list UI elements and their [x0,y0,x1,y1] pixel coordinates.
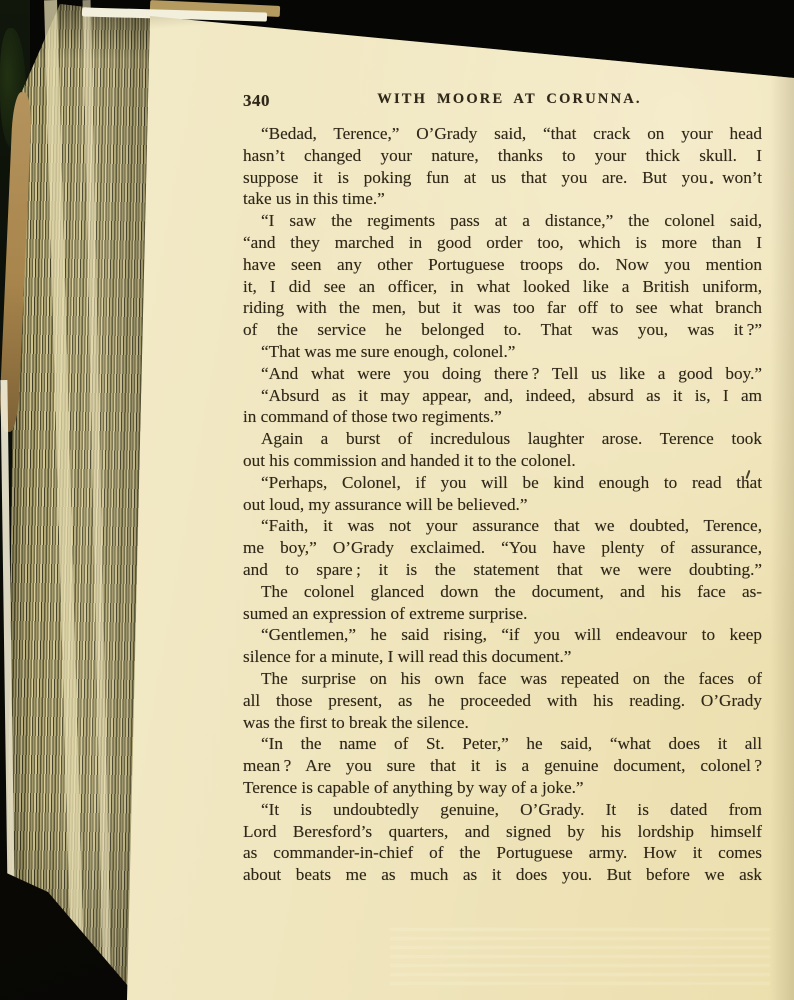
text-line: “It is undoubtedly genuine, O’Grady. It … [243,799,762,821]
text-line: take us in this time.” [243,188,762,210]
text-line: suppose it is poking fun at us that you … [243,167,762,189]
text-line: The colonel glanced down the document, a… [243,581,762,603]
page-content: 340 WITH MOORE AT CORUNNA. “Bedad, Teren… [243,91,762,886]
text-line: was the first to break the silence. [243,712,762,734]
text-line: “Perhaps, Colonel, if you will be kind e… [243,472,762,494]
running-title: WITH MOORE AT CORUNNA. [243,91,762,108]
text-line: hasn’t changed your nature, thanks to yo… [243,145,762,167]
text-line: sumed an expression of extreme surprise. [243,603,762,625]
text-line: out his commission and handed it to the … [243,450,762,472]
text-line: “In the name of St. Peter,” he said, “wh… [243,733,762,755]
text-line: Lord Beresford’s quarters, and signed by… [243,821,762,843]
text-line: Again a burst of incredulous laughter ar… [243,428,762,450]
page-body-text: “Bedad, Terence,” O’Grady said, “that cr… [243,123,762,886]
text-line: “Faith, it was not your assurance that w… [243,515,762,537]
book-photo: { "page": { "number": "340", "running_ti… [0,0,794,1000]
text-line: in command of those two regiments.” [243,406,762,428]
text-line: it, I did see an officer, in what looked… [243,276,762,298]
text-line: The surprise on his own face was repeate… [243,668,762,690]
text-line: Terence is capable of anything by way of… [243,777,762,799]
text-line: all those present, as he proceeded with … [243,690,762,712]
page-header: 340 WITH MOORE AT CORUNNA. [243,91,762,110]
text-line: of the service he belonged to. That was … [243,319,762,341]
text-line: “Gentlemen,” he said rising, “if you wil… [243,624,762,646]
text-line: “I saw the regiments pass at a distance,… [243,210,762,232]
paper-streaks [390,928,770,990]
text-line: about beats me as much as it does you. B… [243,864,762,886]
text-line: me boy,” O’Grady exclaimed. “You have pl… [243,537,762,559]
text-line: riding with the men, but it was too far … [243,297,762,319]
text-line: “And what were you doing there ? Tell us… [243,363,762,385]
text-line: mean ? Are you sure that it is a genuine… [243,755,762,777]
text-line: “That was me sure enough, colonel.” [243,341,762,363]
text-line: “Bedad, Terence,” O’Grady said, “that cr… [243,123,762,145]
page-number: 340 [243,91,270,111]
ink-speck [710,181,713,184]
text-line: silence for a minute, I will read this d… [243,646,762,668]
text-line: out loud, my assurance will be believed.… [243,494,762,516]
text-line: have seen any other Portuguese troops do… [243,254,762,276]
text-line: as commander-in-chief of the Portuguese … [243,842,762,864]
text-line: and to spare ; it is the statement that … [243,559,762,581]
text-line: “and they marched in good order too, whi… [243,232,762,254]
text-line: “Absurd as it may appear, and, indeed, a… [243,385,762,407]
